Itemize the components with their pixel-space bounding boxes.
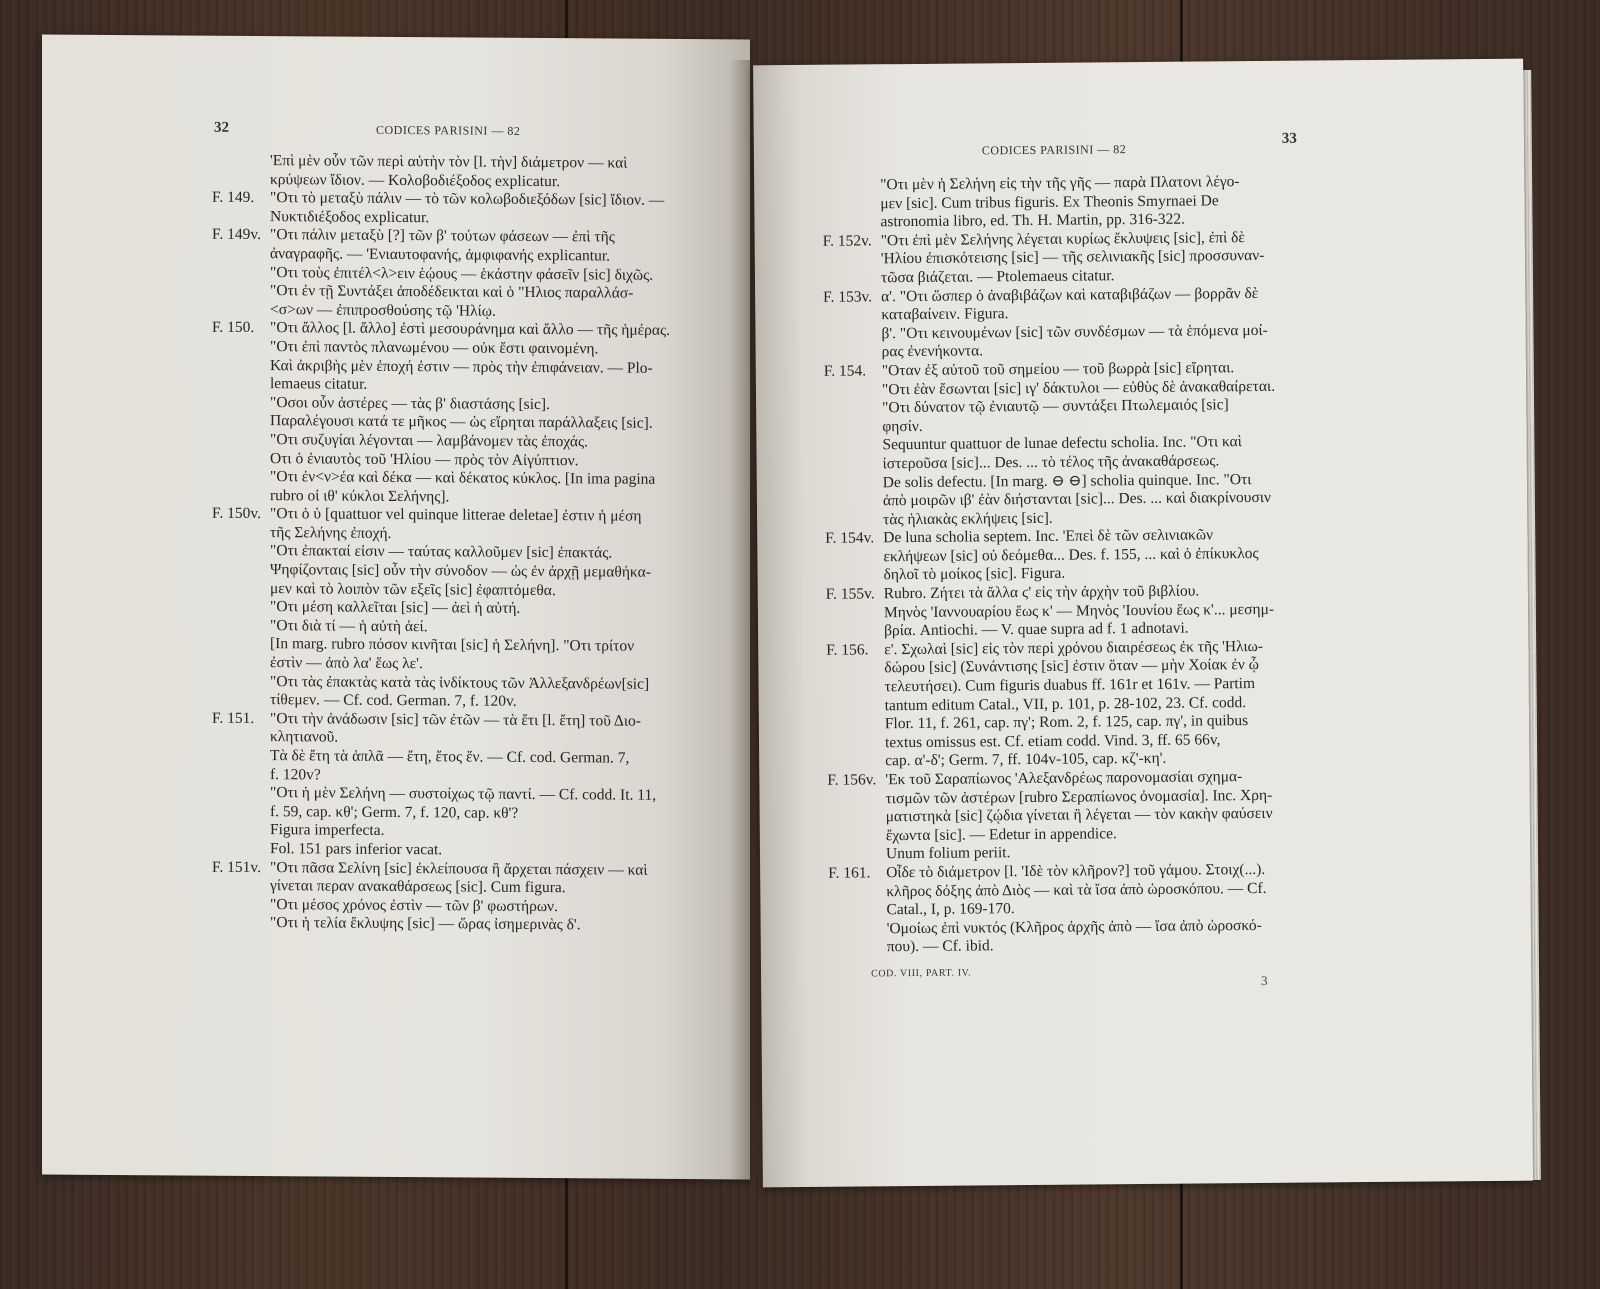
right-page-number: 33 bbox=[1282, 131, 1297, 148]
text-line: α'. "Οτι ὥσπερ ὁ ἀναβιβάζων καὶ καταβιβά… bbox=[881, 284, 1274, 306]
text-line: "Οτι ἡ τελία ἔκλυψης [sic] — ὥρας ἰσημερ… bbox=[270, 914, 670, 935]
text-line: Ψηφίζονταις [sic] οὖν τὴν σύνοδον — ὡς ἐ… bbox=[270, 561, 670, 582]
text-line: "Οτι ἐν<ν>έα καὶ δέκα — καὶ δέκατος κύκλ… bbox=[270, 468, 670, 489]
text-line: 'Ηλίου ἐπισκότεισης [sic] — τῆς σελινιακ… bbox=[881, 247, 1274, 269]
text-line: ἀπὸ μοιρῶν ιβ' ἐὰν διήστανται [sic]... D… bbox=[883, 489, 1276, 511]
text-line: 'Επὶ μὲν οὖν τῶν περὶ αὐτὴν τὸν [l. τὴν]… bbox=[270, 152, 670, 173]
catalog-entry: F. 151."Οτι τὴν ἀνάδωσιν [sic] τῶν ἐτῶν … bbox=[212, 710, 670, 862]
folio-label: F. 156. bbox=[826, 641, 868, 660]
folio-label: F. 152v. bbox=[823, 232, 872, 251]
left-page-text: 'Επὶ μὲν οὖν τῶν περὶ αὐτὴν τὸν [l. τὴν]… bbox=[212, 152, 670, 936]
right-running-head: CODICES PARISINI — 82 bbox=[982, 142, 1127, 158]
left-page-number: 32 bbox=[214, 120, 229, 137]
catalog-entry: F. 153v.α'. "Οτι ὥσπερ ὁ ἀναβιβάζων καὶ … bbox=[823, 284, 1275, 362]
text-line: Μηνὸς 'Ιαννουαρίου ἕως κ' — Μηνὸς 'Ιουνί… bbox=[884, 600, 1277, 622]
right-page-text: "Οτι μὲν ἡ Σελήνη εἰς τὴν τῆς γῆς — παρὰ… bbox=[822, 173, 1280, 958]
text-line: "Οτι δύνατον τῷ ἐνιαυτῷ — συντάξει Πτωλε… bbox=[882, 396, 1275, 418]
text-line: β'. "Οτι κεινουμένων [sic] τῶν συνδέσμων… bbox=[881, 322, 1274, 344]
left-page: 32 CODICES PARISINI — 82 'Επὶ μὲν οὖν τῶ… bbox=[42, 35, 750, 1180]
folio-label: F. 149. bbox=[212, 189, 254, 208]
folio-label: F. 154v. bbox=[825, 530, 874, 549]
catalog-entry: F. 156.ε'. Σχωλαὶ [sic] εἰς τὸν περὶ χρό… bbox=[826, 638, 1278, 772]
text-line: "Οτι ἡ μὲν Σελήνη — συστοίχως τῷ παντί. … bbox=[270, 784, 670, 805]
folio-label: F. 149v. bbox=[212, 226, 261, 245]
catalog-entry: F. 150."Οτι ἄλλος [l. ἄλλο] ἐστὶ μεσουρά… bbox=[212, 319, 670, 508]
catalog-entry: F. 151v."Οτι πᾶσα Σελίνη [sic] ἐκλείπουσ… bbox=[212, 858, 670, 936]
catalog-entry: F. 152v."Οτι ἐπὶ μὲν Σελήνης λέγεται κυρ… bbox=[823, 229, 1275, 289]
catalog-entry: "Οτι μὲν ἡ Σελήνη εἰς τὴν τῆς γῆς — παρὰ… bbox=[822, 173, 1274, 233]
left-running-head: CODICES PARISINI — 82 bbox=[376, 123, 520, 139]
text-line: "Οτι ἐπὶ παντὸς πλανωμένου — οὐκ ἔστι φα… bbox=[270, 338, 670, 359]
catalog-entry: F. 154."Οταν ἐξ αὐτοῦ τοῦ σημείου — τοῦ … bbox=[824, 359, 1277, 530]
text-line: γίνεται περαν ανακαθάρσεως [sic]. Cum fi… bbox=[270, 877, 670, 898]
folio-label: F. 156v. bbox=[827, 771, 876, 790]
folio-label: F. 150v. bbox=[212, 505, 261, 524]
text-line: "Οτι ἐν τῇ Συντάξει ἀποδέδεικται καὶ ὁ "… bbox=[270, 282, 670, 303]
footer-signature: COD. VIII, PART. IV. bbox=[871, 968, 971, 980]
text-line: Τὰ δὲ ἔτη τὰ ἁπλᾶ — ἔτη, ἔτος ἕν. — Cf. … bbox=[270, 747, 670, 768]
folio-label: F. 154. bbox=[824, 362, 866, 381]
catalog-entry: F. 154v.De luna scholia septem. Inc. 'Επ… bbox=[825, 526, 1277, 586]
catalog-entry: F. 161.Οἶδε τὸ διάμετρον [l. 'Ιδὲ τὸν κλ… bbox=[828, 861, 1280, 958]
catalog-entry: F. 155v.Rubro. Ζήτει τὰ ἄλλα ϛ' εἰς τὴν … bbox=[826, 582, 1278, 642]
catalog-entry: F. 150v."Οτι ὁ ὑ [quattuor vel quinque l… bbox=[212, 505, 670, 713]
catalog-entry: 'Επὶ μὲν οὖν τῶν περὶ αὐτὴν τὸν [l. τὴν]… bbox=[212, 152, 670, 192]
folio-label: F. 151. bbox=[212, 710, 254, 729]
text-line: textus omissus est. Cf. etiam codd. Vind… bbox=[885, 731, 1278, 753]
text-line: ἀναγραφῆς. — 'Ενιαυτοφανής, ἀμφιφανής ex… bbox=[270, 245, 670, 266]
text-line: ματιστηκὰ [sic] ζῴδια γίνεται ἢ λέγεται … bbox=[886, 805, 1279, 827]
right-page: CODICES PARISINI — 82 33 "Οτι μὲν ἡ Σελή… bbox=[753, 59, 1533, 1188]
catalog-entry: F. 149."Οτι τὸ μεταξὺ πάλιν — τὸ τῶν κολ… bbox=[212, 189, 670, 229]
folio-label: F. 150. bbox=[212, 319, 254, 338]
text-line: "Οτι συζυγίαι λέγονται — λαμβάνομεν τὰς … bbox=[270, 431, 670, 452]
text-line: κλῆρος δόξης ἀπὸ Διὸς — καὶ τὰ ἴσα ἀπὸ ὡ… bbox=[886, 879, 1279, 901]
folio-label: F. 155v. bbox=[826, 585, 875, 604]
text-line: lemaeus citatur. bbox=[270, 375, 670, 396]
signature-number: 3 bbox=[1261, 973, 1268, 989]
folio-label: F. 161. bbox=[828, 864, 870, 883]
text-line: μεν [sic]. Cum tribus figuris. Ex Theoni… bbox=[880, 191, 1273, 213]
catalog-entry: F. 149v."Οτι πάλιν μεταξὺ [?] τῶν β' τού… bbox=[212, 226, 670, 322]
text-line: 'Ομοίως ἐπὶ νυκτός (Κλῆρος ἀρχῆς ἀπὸ — ἴ… bbox=[887, 917, 1280, 939]
text-line: που). — Cf. ibid. bbox=[887, 935, 1280, 957]
text-line: ἐστὶν — ἀπὸ λα' ἕως λε'. bbox=[270, 654, 670, 675]
folio-label: F. 153v. bbox=[823, 288, 872, 307]
catalog-entry: F. 156v.'Εκ τοῦ Σαραπίωνος 'Αλεξανδρέως … bbox=[827, 768, 1279, 865]
text-line: "Οτι τὸ μεταξὺ πάλιν — τὸ τῶν κολωβοδιεξ… bbox=[270, 189, 670, 210]
folio-label: F. 151v. bbox=[212, 858, 261, 877]
